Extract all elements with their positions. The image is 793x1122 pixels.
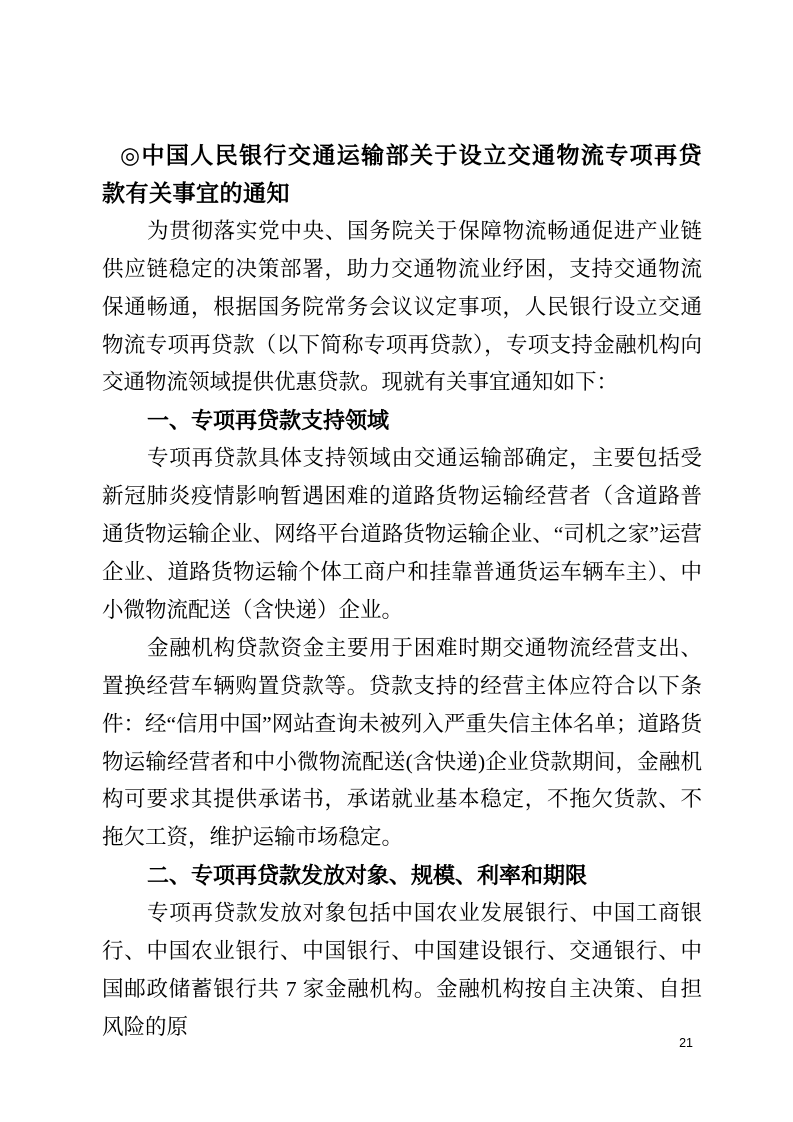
paragraph-loan-usage: 金融机构贷款资金主要用于困难时期交通物流经营支出、置换经营车辆购置贷款等。贷款支… <box>102 630 702 857</box>
document-body: ◎中国人民银行交通运输部关于设立交通物流专项再贷款有关事宜的通知 为贯彻落实党中… <box>102 137 702 1047</box>
document-title: ◎中国人民银行交通运输部关于设立交通物流专项再贷款有关事宜的通知 <box>102 137 702 213</box>
section-heading-2: 二、专项再贷款发放对象、规模、利率和期限 <box>102 857 702 895</box>
paragraph-support-scope: 专项再贷款具体支持领域由交通运输部确定，主要包括受新冠肺炎疫情影响暂遇困难的道路… <box>102 440 702 630</box>
document-page: ◎中国人民银行交通运输部关于设立交通物流专项再贷款有关事宜的通知 为贯彻落实党中… <box>0 0 793 1122</box>
paragraph-intro: 为贯彻落实党中央、国务院关于保障物流畅通促进产业链供应链稳定的决策部署，助力交通… <box>102 213 702 403</box>
paragraph-issuance-targets: 专项再贷款发放对象包括中国农业发展银行、中国工商银行、中国农业银行、中国银行、中… <box>102 895 702 1047</box>
section-heading-1: 一、专项再贷款支持领域 <box>102 402 702 440</box>
page-number: 21 <box>679 1036 693 1050</box>
